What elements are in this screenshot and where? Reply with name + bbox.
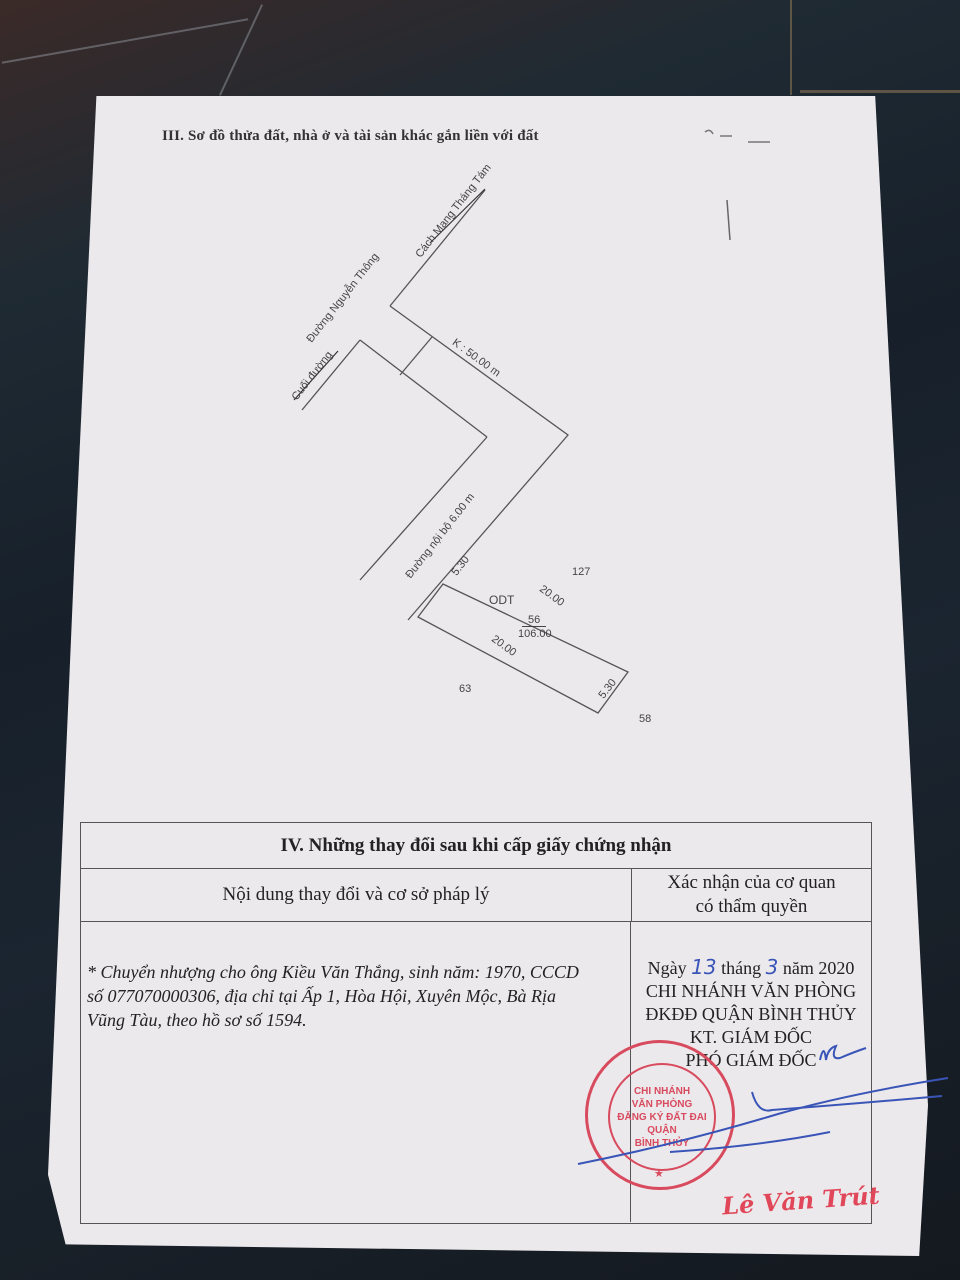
change-line-2: số 077070000306, địa chỉ tại Ấp 1, Hòa H… xyxy=(87,984,622,1008)
date-day: 13 xyxy=(691,955,716,979)
table-row: * Chuyển nhượng cho ông Kiều Văn Thắng, … xyxy=(81,922,871,1222)
change-content: * Chuyển nhượng cho ông Kiều Văn Thắng, … xyxy=(81,922,631,1222)
table-header-row: Nội dung thay đổi và cơ sở pháp lý Xác n… xyxy=(81,869,871,922)
neighbor-parcel-63: 63 xyxy=(459,683,471,695)
star-icon: ★ xyxy=(654,1167,664,1180)
confirmation-date: Ngày 13 tháng 3 năm 2020 xyxy=(631,956,871,980)
changes-table: IV. Những thay đổi sau khi cấp giấy chứn… xyxy=(80,822,872,1224)
authority-header-line1: Xác nhận của cơ quan xyxy=(667,871,835,895)
office-line-2: ĐKĐĐ QUẬN BÌNH THỦY xyxy=(631,1003,871,1026)
change-line-1: * Chuyển nhượng cho ông Kiều Văn Thắng, … xyxy=(87,960,622,984)
neighbor-parcel-58: 58 xyxy=(639,713,651,725)
column-header-content: Nội dung thay đổi và cơ sở pháp lý xyxy=(81,869,632,921)
office-line-1: CHI NHÁNH VĂN PHÒNG xyxy=(631,980,871,1003)
official-stamp: CHI NHÁNH VĂN PHÒNG ĐĂNG KÝ ĐẤT ĐAI QUẬN… xyxy=(585,1040,735,1190)
parcel-area: 106.00 xyxy=(518,628,552,640)
parcel-number: 56 xyxy=(522,614,546,627)
authority-header-line2: có thẩm quyền xyxy=(667,895,835,919)
neighbor-parcel-127: 127 xyxy=(572,566,590,578)
date-month: 3 xyxy=(766,955,779,979)
column-header-authority: Xác nhận của cơ quan có thẩm quyền xyxy=(632,869,871,921)
change-line-3: Vũng Tàu, theo hồ sơ số 1594. xyxy=(87,1008,622,1032)
stamp-center-text: CHI NHÁNH VĂN PHÒNG ĐĂNG KÝ ĐẤT ĐAI QUẬN… xyxy=(608,1063,716,1171)
land-type-label: ODT xyxy=(489,593,514,607)
section-4-title: IV. Những thay đổi sau khi cấp giấy chứn… xyxy=(81,823,871,869)
